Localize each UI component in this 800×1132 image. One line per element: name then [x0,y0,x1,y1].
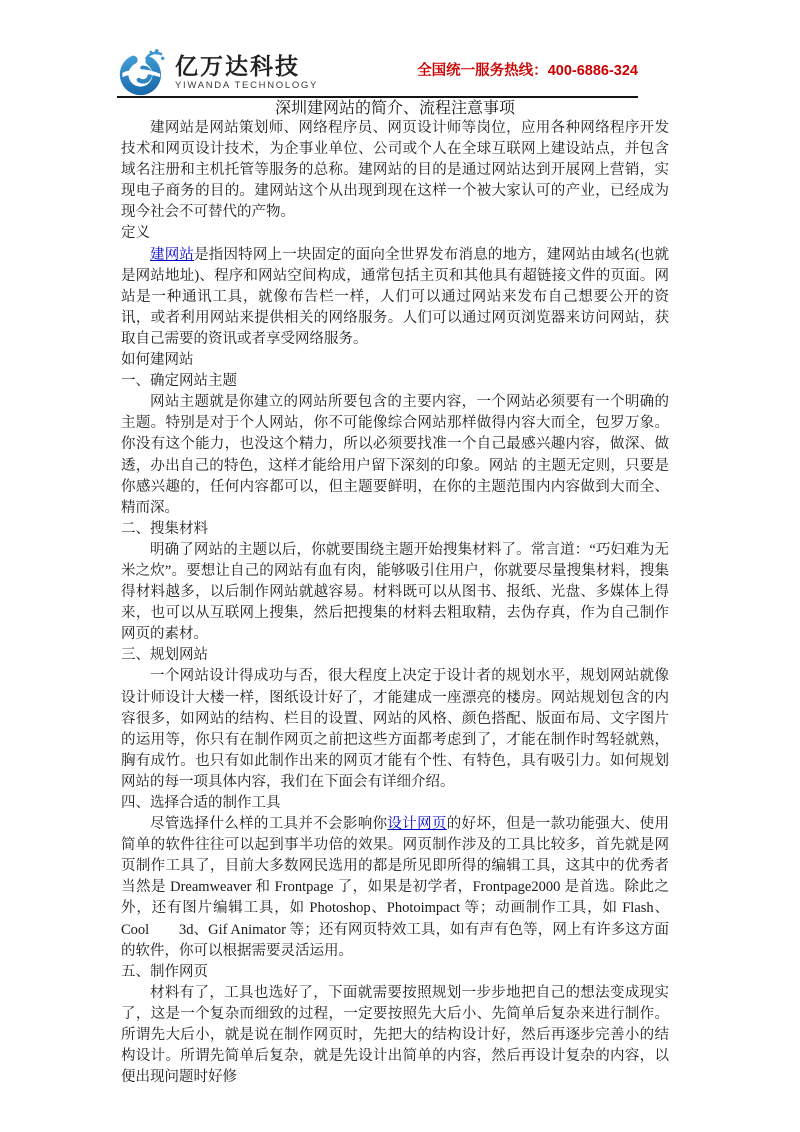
logo-company-name-en: YIWANDA TECHNOLOGY [175,80,318,91]
section-heading: 二、搜集材料 [121,519,669,540]
section-heading: 四、选择合适的制作工具 [121,793,669,814]
inline-link[interactable]: 建网站 [150,247,194,263]
service-hotline: 全国统一服务热线：400-6886-324 [417,59,638,80]
section-heading: 五、制作网页 [121,962,669,983]
document-title: 深圳建网站的简介、流程注意事项 [121,99,669,118]
swirl-globe-icon [117,48,169,96]
header: 亿万达科技 YIWANDA TECHNOLOGY 全国统一服务热线：400-68… [117,46,638,96]
section-heading: 如何建网站 [121,350,669,371]
text-run: 一个网站设计得成功与否，很大程度上决定于设计者的规划水平，规划网站就像设计师设计… [121,668,669,789]
article-body: 建网站是网站策划师、网络程序员、网页设计师等岗位，应用各种网络程序开发技术和网页… [121,118,669,1088]
text-run: 三、规划网站 [121,647,208,663]
text-run: 四、选择合适的制作工具 [121,795,281,811]
company-logo: 亿万达科技 YIWANDA TECHNOLOGY [117,48,318,96]
paragraph: 明确了网站的主题以后，你就要围绕主题开始搜集材料了。常言道：“巧妇难为无米之炊”… [121,540,669,645]
hotline-number: 400-6886-324 [548,63,638,79]
text-run: 网站主题就是你建立的网站所要包含的主要内容，一个网站必须要有一个明确的主题。特别… [121,394,669,515]
paragraph: 材料有了，工具也选好了，下面就需要按照规划一步步地把自己的想法变成现实了，这是一… [121,983,669,1088]
text-run: 如何建网站 [121,352,194,368]
text-run: 一、确定网站主题 [121,373,237,389]
text-run: 定义 [121,225,150,241]
logo-company-name: 亿万达科技 [175,54,318,78]
text-run: 明确了网站的主题以后，你就要围绕主题开始搜集材料了。常言道：“巧妇难为无米之炊”… [121,542,669,642]
text-run: 的好坏，但是一款功能强大、使用简单的软件往往可以起到事半功倍的效果。网页制作涉及… [121,816,669,959]
text-run: 五、制作网页 [121,964,208,980]
paragraph: 一个网站设计得成功与否，很大程度上决定于设计者的规划水平，规划网站就像设计师设计… [121,666,669,793]
text-run: 建网站是网站策划师、网络程序员、网页设计师等岗位，应用各种网络程序开发技术和网页… [121,120,669,220]
logo-text: 亿万达科技 YIWANDA TECHNOLOGY [175,54,318,91]
paragraph: 尽管选择什么样的工具并不会影响你设计网页的好坏，但是一款功能强大、使用简单的软件… [121,814,669,962]
text-run: 二、搜集材料 [121,521,208,537]
header-divider [117,96,638,98]
text-run: 是指因特网上一块固定的面向全世界发布消息的地方，建网站由域名(也就是网站地址)、… [121,247,669,347]
text-run: 尽管选择什么样的工具并不会影响你 [150,816,387,832]
inline-link[interactable]: 设计网页 [387,816,446,832]
text-run: 材料有了，工具也选好了，下面就需要按照规划一步步地把自己的想法变成现实了，这是一… [121,985,669,1085]
section-heading: 三、规划网站 [121,645,669,666]
hotline-label: 全国统一服务热线： [417,63,548,79]
paragraph: 网站主题就是你建立的网站所要包含的主要内容，一个网站必须要有一个明确的主题。特别… [121,392,669,519]
document-page: 亿万达科技 YIWANDA TECHNOLOGY 全国统一服务热线：400-68… [0,0,800,1132]
section-heading: 一、确定网站主题 [121,371,669,392]
paragraph: 建网站是网站策划师、网络程序员、网页设计师等岗位，应用各种网络程序开发技术和网页… [121,118,669,223]
paragraph: 建网站是指因特网上一块固定的面向全世界发布消息的地方，建网站由域名(也就是网站地… [121,245,669,350]
section-heading: 定义 [121,223,669,244]
